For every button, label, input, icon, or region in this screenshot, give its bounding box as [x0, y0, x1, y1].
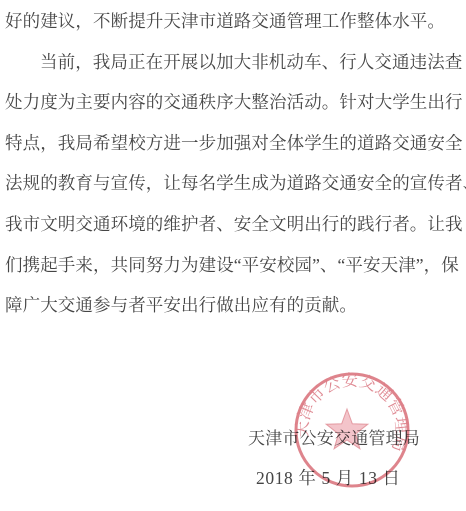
scanned-letter-page: 好的建议，不断提升天津市道路交通管理工作整体水平。 当前，我局正在开展以加大非机…	[0, 0, 466, 511]
body-line: 特点，我局希望校方进一步加强对全体学生的道路交通安全	[5, 123, 464, 164]
body-line: 障广大交通参与者平安出行做出应有的贡献。	[5, 285, 464, 326]
signature-date: 2018 年 5 月 13 日	[256, 465, 401, 490]
body-line: 当前，我局正在开展以加大非机动车、行人交通违法查	[5, 42, 464, 83]
body-line: 好的建议，不断提升天津市道路交通管理工作整体水平。	[5, 1, 464, 42]
body-line: 们携起手来，共同努力为建设“平安校园”、“平安天津”，保	[5, 245, 464, 286]
letter-body: 好的建议，不断提升天津市道路交通管理工作整体水平。 当前，我局正在开展以加大非机…	[5, 1, 464, 326]
body-line: 我市文明交通环境的维护者、安全文明出行的践行者。让我	[5, 204, 464, 245]
body-line: 处力度为主要内容的交通秩序大整治活动。针对大学生出行	[5, 82, 464, 123]
body-line: 法规的教育与宣传，让每名学生成为道路交通安全的宣传者、	[5, 163, 464, 204]
signature-authority: 天津市公安交通管理局	[248, 424, 420, 449]
